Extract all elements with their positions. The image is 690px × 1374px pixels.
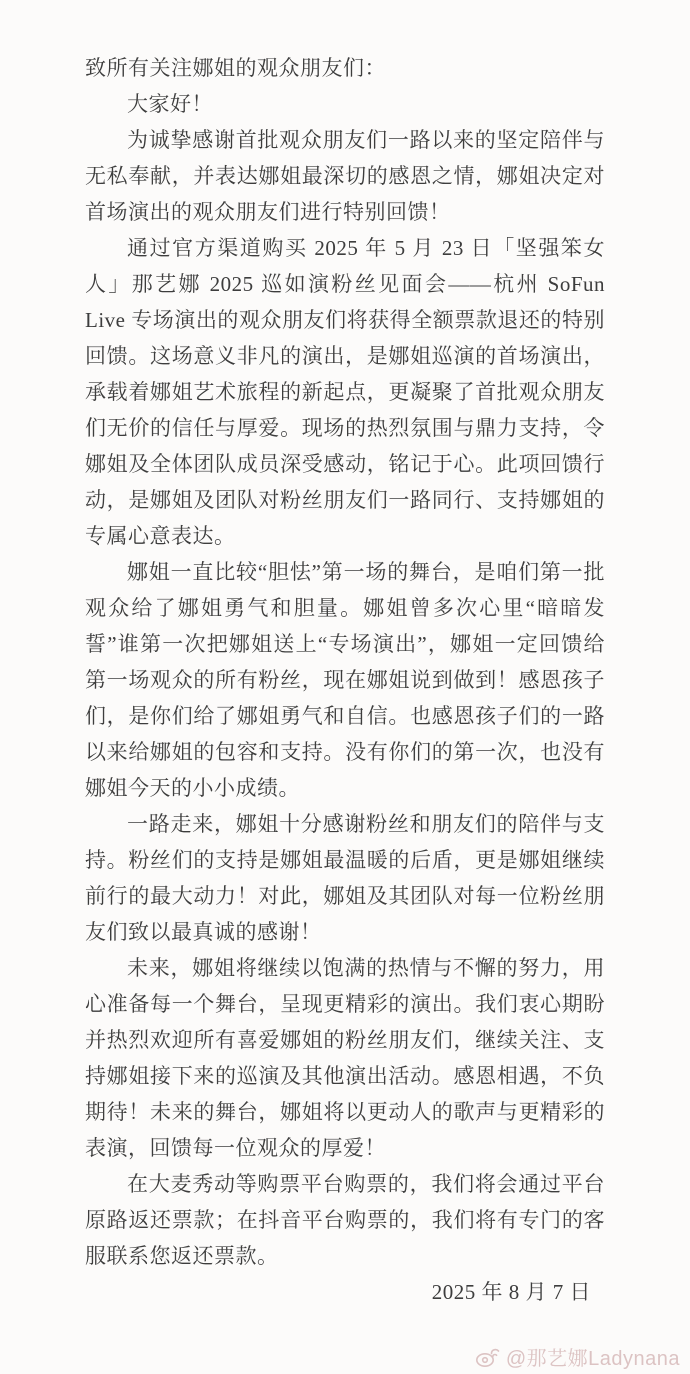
- body-paragraph: 一路走来，娜姐十分感谢粉丝和朋友们的陪伴与支持。粉丝们的支持是娜姐最温暖的后盾，…: [85, 806, 605, 950]
- body-paragraph: 为诚挚感谢首批观众朋友们一路以来的坚定陪伴与无私奉献，并表达娜姐最深切的感恩之情…: [85, 122, 605, 230]
- weibo-icon: [475, 1346, 501, 1368]
- salutation: 致所有关注娜姐的观众朋友们：: [85, 50, 605, 86]
- body-paragraph: 未来，娜姐将继续以饱满的热情与不懈的努力，用心准备每一个舞台，呈现更精彩的演出。…: [85, 950, 605, 1166]
- letter-date: 2025 年 8 月 7 日: [85, 1274, 605, 1310]
- watermark-handle: @那艺娜Ladynana: [506, 1342, 680, 1371]
- letter-body: 致所有关注娜姐的观众朋友们： 大家好！为诚挚感谢首批观众朋友们一路以来的坚定陪伴…: [85, 50, 605, 1310]
- watermark: @那艺娜Ladynana: [475, 1342, 680, 1371]
- paragraph-list: 大家好！为诚挚感谢首批观众朋友们一路以来的坚定陪伴与无私奉献，并表达娜姐最深切的…: [85, 86, 605, 1274]
- body-paragraph: 在大麦秀动等购票平台购票的，我们将会通过平台原路返还票款；在抖音平台购票的，我们…: [85, 1166, 605, 1274]
- body-paragraph: 大家好！: [85, 86, 605, 122]
- body-paragraph: 娜姐一直比较“胆怯”第一场的舞台，是咱们第一批观众给了娜姐勇气和胆量。娜姐曾多次…: [85, 554, 605, 806]
- body-paragraph: 通过官方渠道购买 2025 年 5 月 23 日「坚强笨女人」那艺娜 2025 …: [85, 230, 605, 554]
- letter-page: 致所有关注娜姐的观众朋友们： 大家好！为诚挚感谢首批观众朋友们一路以来的坚定陪伴…: [0, 0, 690, 1374]
